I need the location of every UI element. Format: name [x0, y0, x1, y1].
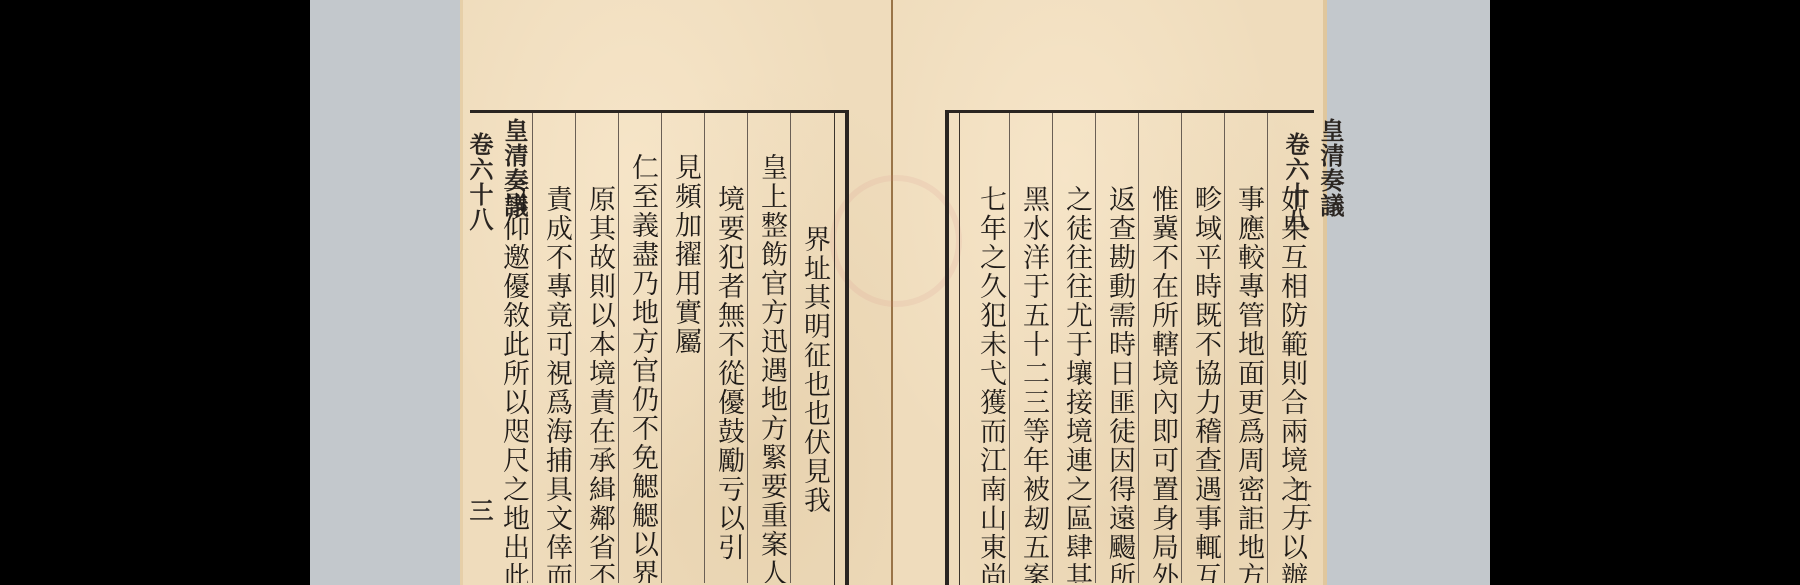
text-column: 境要犯者無不從優鼓勵亏以引 — [704, 113, 747, 583]
right-margin-label: 皇清奏議 卷六十八 — [1318, 118, 1348, 232]
text-column: 見頻加擢用實屬 — [661, 113, 704, 583]
text-column: 皇上整飭官方迅遇地方緊要重案人犯屢獲 — [747, 113, 790, 583]
left-page-text: 界址其明征也也伏見我 皇上整飭官方迅遇地方緊要重案人犯屢獲 境要犯者無不從優鼓勵… — [476, 113, 833, 583]
text-column: 可仰邀優敘此所以咫尺之地出此入彼 — [489, 113, 532, 583]
text-column: 仁至義盡乃地方官仍不免䚡䚡以界址爲辭 — [618, 113, 661, 583]
page-number: 廿三 — [1284, 480, 1315, 524]
text-column: 事應較專管地面更爲周密詎地方官心 — [1224, 113, 1267, 583]
margin-volume: 卷六十八 — [1278, 132, 1313, 232]
text-column: 責成不專竟可視爲海捕具文倖而獲犯 — [532, 113, 575, 583]
text-column: 界址其明征也也伏見我 — [790, 113, 833, 583]
text-column: 原其故則以本境責在承緝鄰省不過協 — [575, 113, 618, 583]
text-column: 之徒往往尤于壤接境連之區肆其出沒 — [1052, 113, 1095, 583]
text-column: 畛域平時既不協力稽查遇事輒互相推 — [1181, 113, 1224, 583]
text-column: 惟冀不在所轄境內即可置身局外不思 — [1138, 113, 1181, 583]
text-column: 七年之久犯未弋獲而江南山東尚復爭 — [966, 113, 1009, 583]
text-column: 黑水洋于五十二三等年被刼五案距今 — [1009, 113, 1052, 583]
faded-seal-stamp — [830, 175, 962, 307]
text-column: 返查勘動需時日匪徒因得遠颺所以狡 — [1095, 113, 1138, 583]
open-book: 皇清奏議 卷六十八 三 界址其明征也也伏見我 皇上整飭官方迅遇地方緊要重案人犯屢… — [0, 0, 1800, 585]
margin-title: 皇清奏議 — [1316, 118, 1345, 218]
right-page-text: 如果互相防範則合兩境之力以辦一隅 事應較專管地面更爲周密詎地方官心 畛域平時既不… — [955, 113, 1310, 583]
